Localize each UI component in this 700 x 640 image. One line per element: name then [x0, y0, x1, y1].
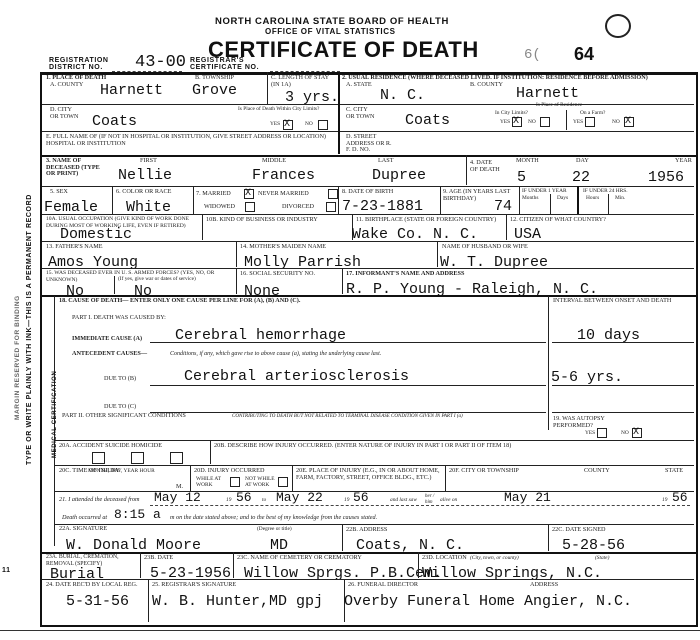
never-married-checkbox[interactable]: [328, 189, 338, 199]
immediate-cause-interval-field[interactable]: 10 days: [577, 328, 640, 343]
hospital-label: e. FULL NAME OF (If not in hospital or i…: [46, 134, 336, 147]
attended-from-year-field[interactable]: 56: [236, 491, 252, 504]
physician-degree-field[interactable]: MD: [270, 538, 288, 553]
certificate-number: 64: [574, 44, 594, 65]
residence-city-limits-yes-checkbox[interactable]: [512, 117, 522, 127]
agency-title: NORTH CAROLINA STATE BOARD OF HEALTH: [215, 16, 449, 27]
office-title: OFFICE OF VITAL STATISTICS: [265, 27, 396, 36]
stamp-number-partial: 6(: [524, 47, 541, 63]
while-at-work-checkbox[interactable]: [230, 477, 240, 487]
last-name-field[interactable]: Dupree: [372, 168, 426, 183]
attended-from-field[interactable]: May 12: [154, 491, 201, 504]
residence-city-field[interactable]: Coats: [405, 113, 450, 128]
due-to-b-interval-field[interactable]: 5-6 yrs.: [551, 370, 623, 385]
last-seen-alive-field[interactable]: May 21: [504, 491, 551, 504]
length-of-stay-field[interactable]: 3 yrs.: [285, 90, 339, 105]
death-county-field[interactable]: Harnett: [100, 83, 163, 98]
registrars-certificate-label: REGISTRAR'S CERTIFICATE NO.: [190, 57, 270, 71]
funeral-address-field[interactable]: Angier, N.C.: [524, 594, 632, 609]
first-name-field[interactable]: Nellie: [118, 168, 172, 183]
birthplace-field[interactable]: Wake Co. N. C.: [352, 227, 478, 242]
residence-farm-no-checkbox[interactable]: [624, 117, 634, 127]
registrar-signature-field[interactable]: W. B. Hunter,MD gpj: [152, 594, 323, 609]
funeral-director-field[interactable]: Overby Funeral Home: [344, 594, 515, 609]
death-day-field[interactable]: 22: [572, 170, 590, 185]
due-to-b-field[interactable]: Cerebral arteriosclerosis: [184, 369, 409, 384]
margin-ink-note: TYPE OR WRITE PLAINLY WITH INK—THIS IS A…: [18, 194, 36, 465]
accident-checkbox[interactable]: [92, 452, 105, 464]
seal-stamp-icon: [605, 14, 631, 38]
physician-signature-field[interactable]: W. Donald Moore: [66, 538, 201, 553]
residence-state-field[interactable]: N. C.: [380, 88, 425, 103]
page-number: 11: [2, 567, 11, 574]
autopsy-no-checkbox[interactable]: [632, 428, 642, 438]
street-address-label: d. STREET ADDRESS or R. F. D. NO.: [346, 134, 396, 154]
residence-farm-yes-checkbox[interactable]: [585, 117, 595, 127]
death-city-field[interactable]: Coats: [92, 114, 137, 129]
divorced-checkbox[interactable]: [326, 202, 336, 212]
autopsy-yes-checkbox[interactable]: [597, 428, 607, 438]
residence-county-field[interactable]: Harnett: [516, 86, 579, 101]
date-signed-field[interactable]: 5-28-56: [562, 538, 625, 553]
cause-of-death-label: 18. CAUSE OF DEATH— ENTER ONLY ONE CAUSE…: [59, 298, 300, 305]
immediate-cause-field[interactable]: Cerebral hemorrhage: [175, 328, 346, 343]
widowed-checkbox[interactable]: [245, 202, 255, 212]
not-while-at-work-checkbox[interactable]: [278, 477, 288, 487]
suicide-checkbox[interactable]: [131, 452, 144, 464]
race-field[interactable]: White: [126, 200, 171, 215]
attended-to-year-field[interactable]: 56: [353, 491, 369, 504]
occupation-field[interactable]: Domestic: [60, 227, 132, 242]
middle-name-field[interactable]: Frances: [252, 168, 315, 183]
death-within-limits-no-checkbox[interactable]: [318, 120, 328, 130]
date-of-birth-field[interactable]: 7-23-1881: [342, 199, 423, 214]
attended-to-field[interactable]: May 22: [276, 491, 323, 504]
residence-label: 2. USUAL RESIDENCE (Where deceased lived…: [342, 75, 692, 82]
sex-field[interactable]: Female: [44, 200, 98, 215]
residence-city-limits-no-checkbox[interactable]: [540, 117, 550, 127]
registration-district-label: REGISTRATION DISTRICT NO.: [49, 57, 115, 71]
registration-district-value[interactable]: 43-00: [135, 55, 186, 70]
death-township-field[interactable]: Grove: [192, 83, 237, 98]
physician-address-field[interactable]: Coats, N. C.: [356, 538, 464, 553]
date-received-field[interactable]: 5-31-56: [66, 594, 129, 609]
death-within-limits-yes-checkbox[interactable]: [283, 120, 293, 130]
married-checkbox[interactable]: [244, 189, 254, 199]
age-field[interactable]: 74: [494, 199, 512, 214]
last-seen-alive-year-field[interactable]: 56: [672, 491, 688, 504]
death-month-field[interactable]: 5: [517, 170, 526, 185]
time-of-death-field[interactable]: 8:15 a: [114, 508, 161, 521]
death-year-field[interactable]: 1956: [648, 170, 684, 185]
homicide-checkbox[interactable]: [170, 452, 183, 464]
citizenship-field[interactable]: USA: [514, 227, 541, 242]
